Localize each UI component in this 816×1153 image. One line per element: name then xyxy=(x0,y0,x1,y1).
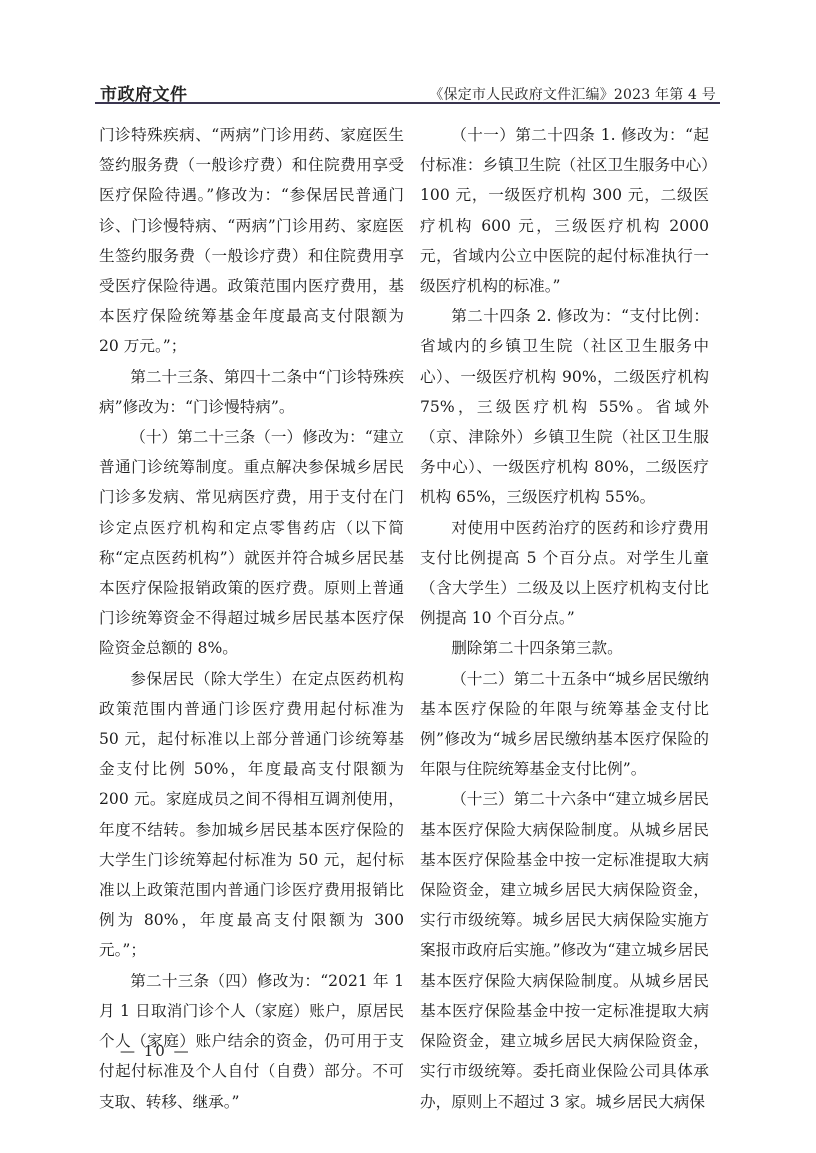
right-column: （十一）第二十四条 1. 修改为：“起付标准：乡镇卫生院（社区卫生服务中心）10… xyxy=(420,120,709,1117)
paragraph: （十）第二十三条（一）修改为：“建立普通门诊统筹制度。重点解决参保城乡居民门诊多… xyxy=(99,422,404,664)
paragraph: （十三）第二十六条中“建立城乡居民基本医疗保险大病保险制度。从城乡居民基本医疗保… xyxy=(420,784,709,1116)
paragraph: （十一）第二十四条 1. 修改为：“起付标准：乡镇卫生院（社区卫生服务中心）10… xyxy=(420,120,709,301)
paragraph: 第二十三条、第四十二条中“门诊特殊疾病”修改为：“门诊慢特病”。 xyxy=(99,362,404,422)
paragraph: 第二十四条 2. 修改为：“支付比例：省域内的乡镇卫生院（社区卫生服务中心）、一… xyxy=(420,301,709,512)
page-number: — 10 — xyxy=(120,1042,191,1060)
publication-title: 《保定市人民政府文件汇编》2023 年第 4 号 xyxy=(429,84,716,104)
header-divider xyxy=(95,102,720,104)
paragraph: （十二）第二十五条中“城乡居民缴纳基本医疗保险的年限与统筹基金支付比例”修改为“… xyxy=(420,664,709,785)
paragraph: 参保居民（除大学生）在定点医药机构政策范围内普通门诊医疗费用起付标准为 50 元… xyxy=(99,664,404,966)
paragraph: 删除第二十四条第三款。 xyxy=(420,633,709,663)
paragraph: 对使用中医药治疗的医药和诊疗费用支付比例提高 5 个百分点。对学生儿童（含大学生… xyxy=(420,513,709,634)
paragraph: 门诊特殊疾病、“两病”门诊用药、家庭医生签约服务费（一般诊疗费）和住院费用享受医… xyxy=(99,120,404,362)
left-column: 门诊特殊疾病、“两病”门诊用药、家庭医生签约服务费（一般诊疗费）和住院费用享受医… xyxy=(99,120,404,1117)
